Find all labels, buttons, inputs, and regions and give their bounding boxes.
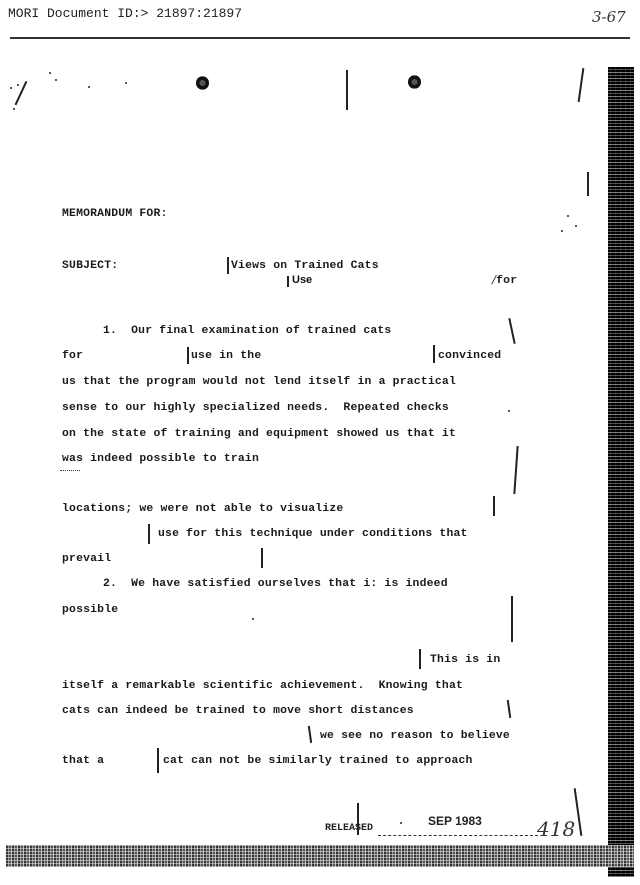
- body-line: we see no reason to believe: [320, 730, 510, 742]
- body-line: was indeed possible to train: [62, 453, 259, 465]
- redaction-mark: [187, 347, 189, 364]
- subject-for: /for: [478, 260, 517, 287]
- body-line: 2. We have satisfied ourselves that i: i…: [103, 578, 448, 590]
- body-line: that a: [62, 755, 104, 767]
- body-line: cat can not be similarly trained to appr…: [163, 755, 473, 767]
- subject-for-text: for: [496, 275, 517, 287]
- redaction-mark: [227, 257, 229, 274]
- hole-punch-left-icon: [196, 76, 209, 90]
- page-annotation: 3-67: [592, 8, 626, 26]
- redaction-mark: [148, 524, 150, 544]
- subject-label: SUBJECT:: [62, 260, 118, 272]
- body-line: possible: [62, 604, 118, 616]
- hole-punch-right-icon: [408, 75, 421, 89]
- body-line: convinced: [438, 350, 501, 362]
- body-line: This is in: [430, 654, 500, 666]
- redaction-mark: [508, 318, 515, 344]
- body-line: locations; we were not able to visualize: [62, 503, 343, 515]
- body-line: sense to our highly specialized needs. R…: [62, 402, 449, 414]
- scan-edge-right: [608, 67, 634, 877]
- handwritten-number: 418: [537, 817, 575, 841]
- redaction-mark: [157, 748, 159, 773]
- memorandum-for-label: MEMORANDUM FOR:: [62, 208, 168, 220]
- header-divider: [10, 37, 630, 39]
- release-date: SEP 1983: [428, 814, 482, 828]
- redaction-mark: [507, 700, 511, 718]
- redaction-mark: [513, 446, 518, 494]
- body-line: us that the program would not lend itsel…: [62, 376, 456, 388]
- signature-line: [378, 835, 538, 836]
- redaction-mark: [511, 596, 513, 642]
- redaction-mark: [433, 345, 435, 363]
- body-line: cats can indeed be trained to move short…: [62, 705, 414, 717]
- redaction-mark: [261, 548, 263, 568]
- body-line: 1. Our final examination of trained cats: [103, 325, 391, 337]
- scan-edge-bottom: [6, 845, 634, 867]
- body-line: for: [62, 350, 83, 362]
- body-line: prevail: [62, 553, 111, 565]
- document-id: MORI Document ID:> 21897:21897: [8, 6, 242, 21]
- redaction-mark: [419, 649, 421, 669]
- redaction-mark: [308, 726, 312, 743]
- subject-use: Use: [292, 274, 312, 286]
- subject-text: Views on Trained Cats: [231, 260, 379, 272]
- body-line: itself a remarkable scientific achieveme…: [62, 680, 463, 692]
- body-line: on the state of training and equipment s…: [62, 428, 456, 440]
- body-line: use for this technique under conditions …: [158, 528, 468, 540]
- redaction-mark: [493, 496, 495, 516]
- released-label: RELEASED: [325, 823, 373, 834]
- scan-artifact: [60, 470, 80, 471]
- redaction-mark: [287, 276, 289, 287]
- body-line: use in the: [191, 350, 261, 362]
